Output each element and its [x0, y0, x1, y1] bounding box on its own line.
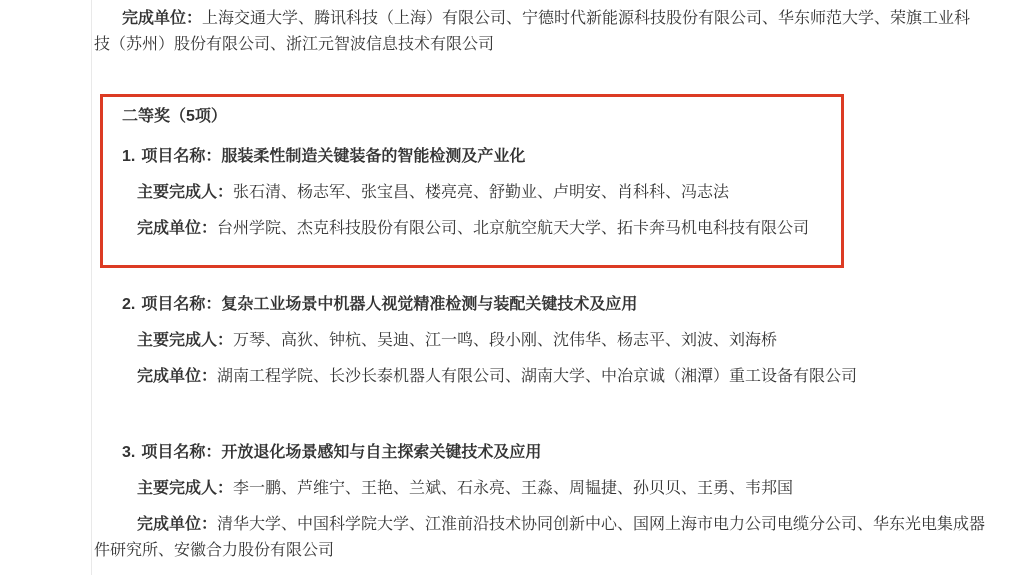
project-name-text: 复杂工业场景中机器人视觉精准检测与装配关键技术及应用 [221, 296, 637, 313]
item-number: 3. [122, 444, 135, 461]
main-contributors-label: 主要完成人： [137, 332, 233, 349]
main-contributors-text: 万琴、高狄、钟杭、吴迪、江一鸣、段小刚、沈伟华、杨志平、刘波、刘海桥 [233, 332, 777, 349]
project-name-label: 项目名称： [141, 296, 221, 313]
completing-units-line: 完成单位：湖南工程学院、长沙长泰机器人有限公司、湖南大学、中冶京诚（湘潭）重工设… [94, 364, 986, 390]
completing-units-text: 湖南工程学院、长沙长泰机器人有限公司、湖南大学、中冶京诚（湘潭）重工设备有限公司 [217, 368, 857, 385]
main-contributors-label: 主要完成人： [137, 480, 233, 497]
completing-units-line: 完成单位：清华大学、中国科学院大学、江淮前沿技术协同创新中心、国网上海市电力公司… [94, 512, 986, 564]
main-contributors-text: 李一鹏、芦维宁、王艳、兰斌、石永亮、王淼、周韫捷、孙贝贝、王勇、韦邦国 [233, 480, 793, 497]
main-contributors-line: 主要完成人：万琴、高狄、钟杭、吴迪、江一鸣、段小刚、沈伟华、杨志平、刘波、刘海桥 [94, 328, 986, 354]
completing-units-text: 上海交通大学、腾讯科技（上海）有限公司、宁德时代新能源科技股份有限公司、华东师范… [94, 10, 970, 53]
award-item-3: 3.项目名称：开放退化场景感知与自主探索关键技术及应用 主要完成人：李一鹏、芦维… [94, 440, 986, 564]
project-name-label: 项目名称： [141, 444, 221, 461]
completing-units-text: 清华大学、中国科学院大学、江淮前沿技术协同创新中心、国网上海市电力公司电缆分公司… [94, 516, 985, 559]
project-name-text: 开放退化场景感知与自主探索关键技术及应用 [221, 444, 541, 461]
main-contributors-line: 主要完成人：李一鹏、芦维宁、王艳、兰斌、石永亮、王淼、周韫捷、孙贝贝、王勇、韦邦… [94, 476, 986, 502]
highlight-annotation-box [100, 94, 844, 268]
document-page: 完成单位：上海交通大学、腾讯科技（上海）有限公司、宁德时代新能源科技股份有限公司… [0, 0, 1024, 575]
completing-units-label: 完成单位： [122, 10, 202, 27]
document-content: 完成单位：上海交通大学、腾讯科技（上海）有限公司、宁德时代新能源科技股份有限公司… [91, 0, 1024, 575]
paragraph-completing-units: 完成单位：上海交通大学、腾讯科技（上海）有限公司、宁德时代新能源科技股份有限公司… [94, 6, 986, 58]
item-number: 2. [122, 296, 135, 313]
completing-units-label: 完成单位： [137, 516, 217, 533]
award-item-2: 2.项目名称：复杂工业场景中机器人视觉精准检测与装配关键技术及应用 主要完成人：… [94, 292, 986, 390]
project-name-line: 2.项目名称：复杂工业场景中机器人视觉精准检测与装配关键技术及应用 [94, 292, 986, 318]
project-name-line: 3.项目名称：开放退化场景感知与自主探索关键技术及应用 [94, 440, 986, 466]
completing-units-label: 完成单位： [137, 368, 217, 385]
